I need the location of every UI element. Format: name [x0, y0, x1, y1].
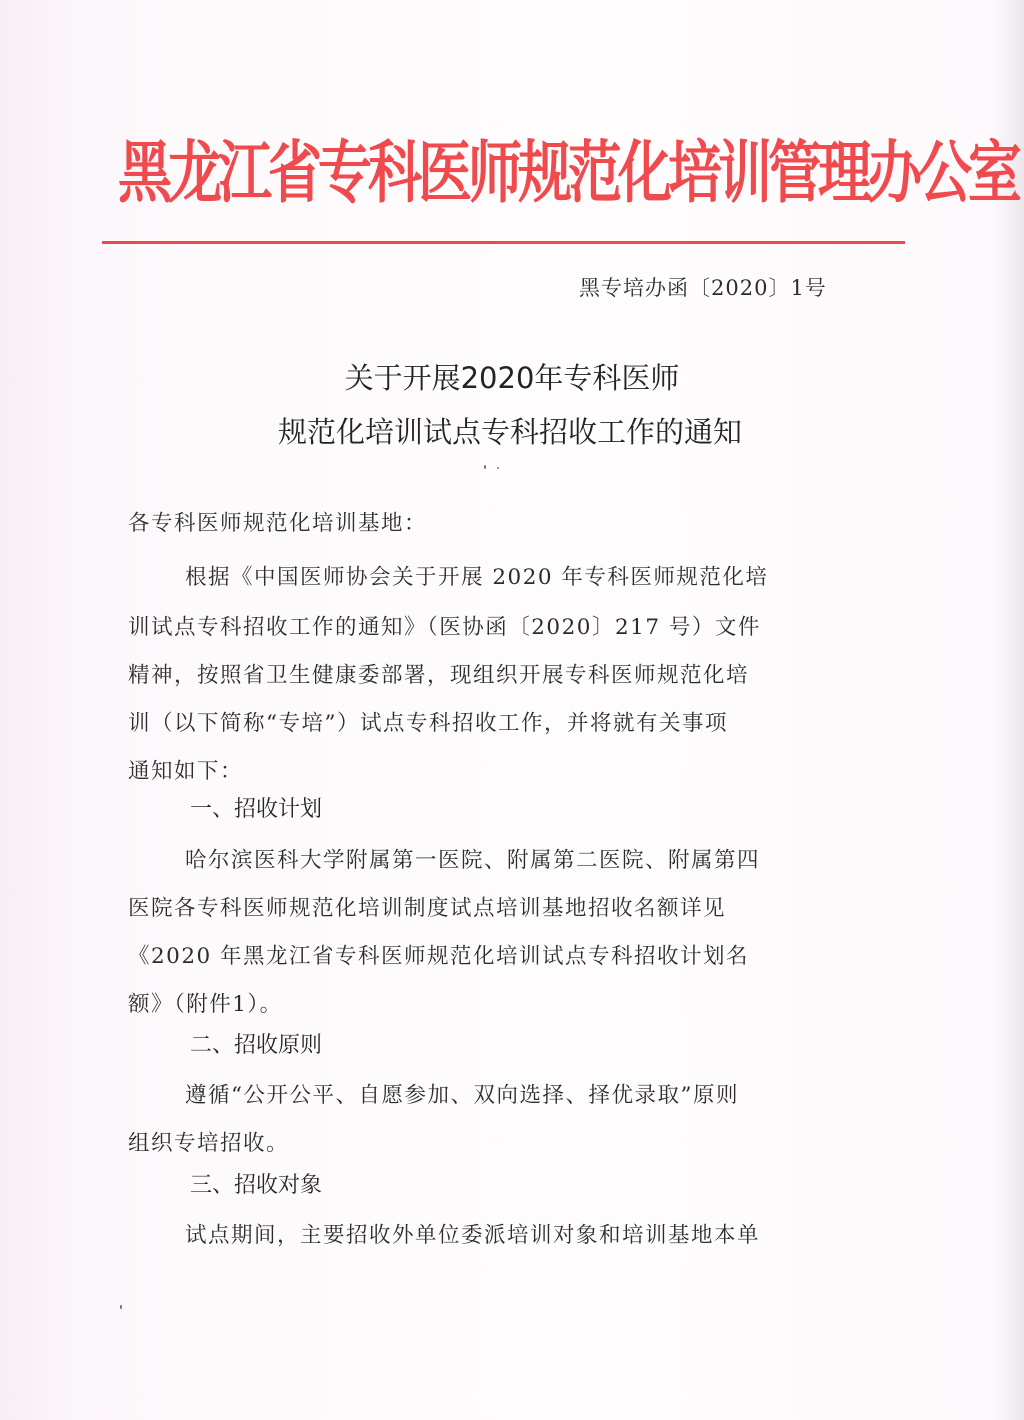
paragraph-line: 《2020 年黑龙江省专科医师规范化培训试点专科招收计划名 [128, 941, 749, 973]
paragraph-line: 组织专培招收。 [128, 1128, 289, 1160]
paragraph-line: 遵循“公开公平、自愿参加、双向选择、择优录取”原则 [185, 1080, 739, 1112]
scan-speck [484, 465, 486, 469]
salutation: 各专科医师规范化培训基地： [128, 508, 427, 540]
document-title-line-2: 规范化培训试点专科招收工作的通知 [0, 412, 1022, 452]
paragraph-line: 医院各专科医师规范化培训制度试点培训基地招收名额详见 [128, 893, 726, 925]
document-title-line-1: 关于开展2020年专科医师 [0, 358, 1024, 398]
section-heading-1: 一、招收计划 [190, 794, 322, 826]
section-heading-2: 二、招收原则 [190, 1030, 322, 1062]
paragraph-line: 精神，按照省卫生健康委部署，现组织开展专科医师规范化培 [128, 660, 749, 692]
letterhead-issuer: 黑龙江省专科医师规范化培训管理办公室 [118, 122, 898, 222]
section-heading-3: 三、招收对象 [190, 1170, 322, 1202]
paragraph-line: 试点期间，主要招收外单位委派培训对象和培训基地本单 [185, 1220, 760, 1252]
scan-speck [497, 467, 499, 469]
scan-speck [120, 1305, 122, 1309]
paragraph-line: 通知如下： [128, 756, 243, 788]
paragraph-line: 根据《中国医师协会关于开展 2020 年专科医师规范化培 [185, 562, 768, 594]
paragraph-line: 额》（附件1）。 [128, 989, 283, 1021]
document-page: 黑龙江省专科医师规范化培训管理办公室 黑专培办函〔2020〕1号 关于开展202… [0, 0, 1024, 1420]
letterhead-divider [102, 241, 905, 244]
paragraph-line: 训试点专科招收工作的通知》（医协函〔2020〕217 号）文件 [128, 612, 761, 644]
paragraph-line: 训（以下简称“专培”）试点专科招收工作，并将就有关事项 [128, 708, 728, 740]
paragraph-line: 哈尔滨医科大学附属第一医院、附属第二医院、附属第四 [185, 845, 760, 877]
document-number: 黑专培办函〔2020〕1号 [579, 270, 827, 306]
